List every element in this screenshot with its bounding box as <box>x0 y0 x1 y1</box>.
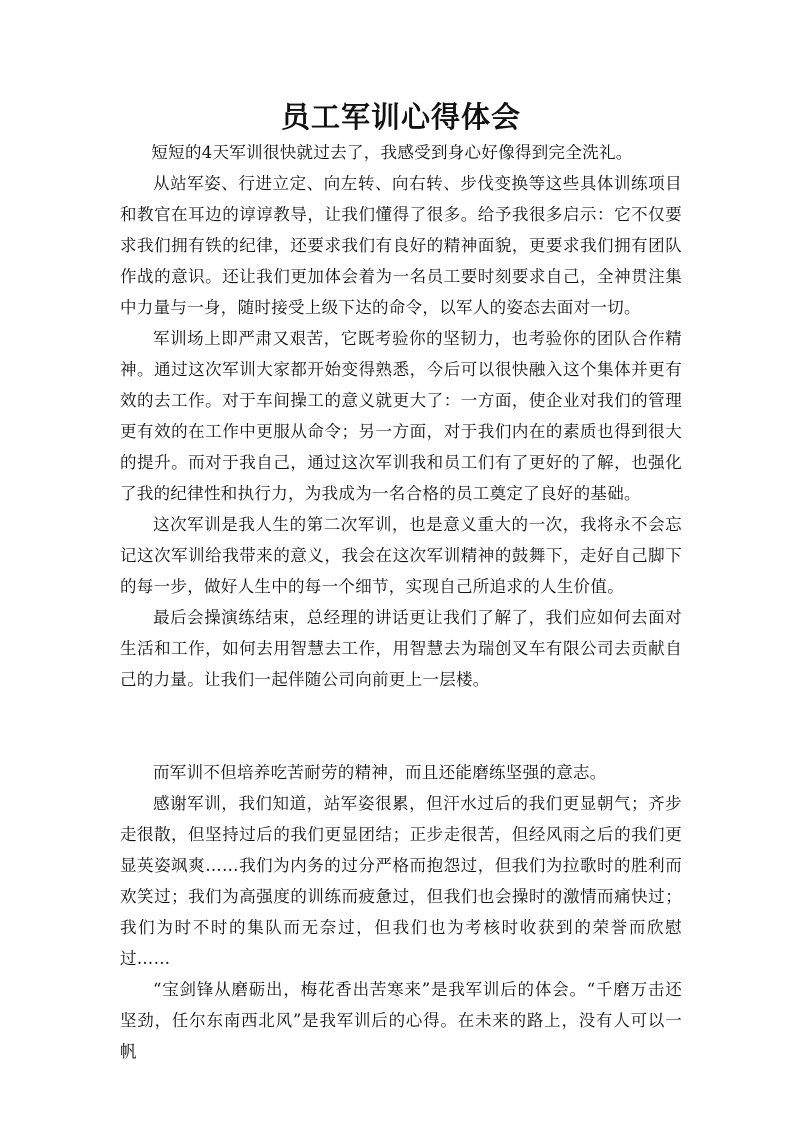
paragraph-4: 这次军训是我人生的第二次军训，也是意义重大的一次，我将永不会忘记这次军训给我带来… <box>120 509 682 602</box>
paragraph-2: 从站军姿、行进立定、向左转、向右转、步伐变换等这些具体训练项目和教官在耳边的谆谆… <box>120 168 682 323</box>
paragraph-1: 短短的4天军训很快就过去了，我感受到身心好像得到完全洗礼。 <box>120 138 682 168</box>
paragraph-6: 而军训不但培养吃苦耐劳的精神，而且还能磨练坚强的意志。 <box>120 757 682 788</box>
section-gap <box>120 695 682 757</box>
paragraph-8: “宝剑锋从磨砺出，梅花香出苦寒来”是我军训后的体会。“千磨万击还坚劲，任尔东南西… <box>120 974 682 1067</box>
document-title: 员工军训心得体会 <box>120 96 682 138</box>
document-page: 员工军训心得体会 短短的4天军训很快就过去了，我感受到身心好像得到完全洗礼。 从… <box>120 96 682 1067</box>
paragraph-5: 最后会操演练结束，总经理的讲话更让我们了解了，我们应如何去面对生活和工作，如何去… <box>120 602 682 695</box>
paragraph-7: 感谢军训，我们知道，站军姿很累，但汗水过后的我们更显朝气；齐步走很散，但坚持过后… <box>120 788 682 974</box>
paragraph-3: 军训场上即严肃又艰苦，它既考验你的坚韧力，也考验你的团队合作精神。通过这次军训大… <box>120 323 682 509</box>
